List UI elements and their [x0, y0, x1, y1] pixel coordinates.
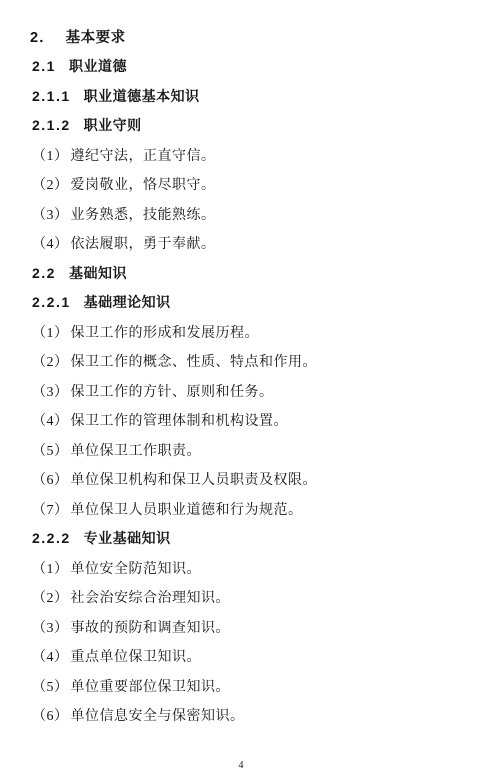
document-body: 2． 基本要求 2.1 职业道德 2.1.1 职业道德基本知识 2.1.2 职业… [30, 22, 482, 730]
line-number: （5） [32, 440, 69, 460]
list-item: （5） 单位保卫工作职责。 [30, 435, 482, 465]
list-item: （4） 保卫工作的管理体制和机构设置。 [30, 406, 482, 436]
line-text: 基础理论知识 [84, 292, 171, 312]
section-heading: 2.1 职业道德 [30, 52, 482, 82]
list-item: （2） 爱岗敬业，恪尽职守。 [30, 170, 482, 200]
line-text: 单位保卫人员职业道德和行为规范。 [71, 499, 303, 519]
line-number: （3） [32, 204, 69, 224]
line-number: 2.2.1 [32, 294, 71, 310]
line-number: （4） [32, 233, 69, 253]
line-text: 单位保卫工作职责。 [71, 440, 202, 460]
line-text: 遵纪守法，正直守信。 [71, 145, 216, 165]
line-number: （2） [32, 587, 69, 607]
line-number: 2.1.2 [32, 117, 71, 133]
line-number: （1） [32, 145, 69, 165]
line-text: 基本要求 [66, 26, 126, 47]
list-item: （1） 保卫工作的形成和发展历程。 [30, 317, 482, 347]
line-number: 2.1.1 [32, 88, 71, 104]
line-text: 重点单位保卫知识。 [71, 646, 202, 666]
line-text: 专业基础知识 [84, 528, 171, 548]
line-text: 保卫工作的管理体制和机构设置。 [71, 410, 289, 430]
line-number: （4） [32, 410, 69, 430]
line-number: （3） [32, 617, 69, 637]
line-text: 社会治安综合治理知识。 [71, 587, 231, 607]
document-page: 2． 基本要求 2.1 职业道德 2.1.1 职业道德基本知识 2.1.2 职业… [0, 0, 492, 782]
section-heading: 2． 基本要求 [30, 22, 482, 52]
line-text: 业务熟悉，技能熟练。 [71, 204, 216, 224]
line-text: 单位保卫机构和保卫人员职责及权限。 [71, 469, 318, 489]
line-number: （1） [32, 322, 69, 342]
line-number: 2.2.2 [32, 530, 71, 546]
line-text: 单位安全防范知识。 [71, 558, 202, 578]
line-number: （3） [32, 381, 69, 401]
section-heading: 2.1.1 职业道德基本知识 [30, 81, 482, 111]
line-text: 职业道德 [69, 56, 127, 76]
section-heading: 2.1.2 职业守则 [30, 111, 482, 141]
list-item: （2） 社会治安综合治理知识。 [30, 583, 482, 613]
section-heading: 2.2.2 专业基础知识 [30, 524, 482, 554]
line-text: 职业守则 [84, 115, 142, 135]
line-number: （2） [32, 174, 69, 194]
line-text: 保卫工作的方针、原则和任务。 [71, 381, 274, 401]
list-item: （6） 单位信息安全与保密知识。 [30, 701, 482, 731]
line-number: （2） [32, 351, 69, 371]
line-number: （4） [32, 646, 69, 666]
list-item: （4） 依法履职，勇于奉献。 [30, 229, 482, 259]
line-text: 爱岗敬业，恪尽职守。 [71, 174, 216, 194]
list-item: （4） 重点单位保卫知识。 [30, 642, 482, 672]
line-text: 单位重要部位保卫知识。 [71, 676, 231, 696]
list-item: （1） 单位安全防范知识。 [30, 553, 482, 583]
line-number: （6） [32, 469, 69, 489]
line-text: 事故的预防和调查知识。 [71, 617, 231, 637]
line-text: 保卫工作的概念、性质、特点和作用。 [71, 351, 318, 371]
list-item: （7） 单位保卫人员职业道德和行为规范。 [30, 494, 482, 524]
section-heading: 2.2 基础知识 [30, 258, 482, 288]
page-number: 4 [0, 760, 482, 771]
line-number: （1） [32, 558, 69, 578]
list-item: （3） 保卫工作的方针、原则和任务。 [30, 376, 482, 406]
list-item: （2） 保卫工作的概念、性质、特点和作用。 [30, 347, 482, 377]
line-number: （7） [32, 499, 69, 519]
list-item: （3） 业务熟悉，技能熟练。 [30, 199, 482, 229]
line-text: 基础知识 [69, 263, 127, 283]
list-item: （1） 遵纪守法，正直守信。 [30, 140, 482, 170]
section-heading: 2.2.1 基础理论知识 [30, 288, 482, 318]
list-item: （5） 单位重要部位保卫知识。 [30, 671, 482, 701]
line-text: 依法履职，勇于奉献。 [71, 233, 216, 253]
list-item: （3） 事故的预防和调查知识。 [30, 612, 482, 642]
line-text: 职业道德基本知识 [84, 86, 200, 106]
line-number: 2． [30, 26, 55, 47]
list-item: （6） 单位保卫机构和保卫人员职责及权限。 [30, 465, 482, 495]
line-text: 保卫工作的形成和发展历程。 [71, 322, 260, 342]
line-number: 2.2 [32, 265, 56, 281]
line-number: （5） [32, 676, 69, 696]
line-text: 单位信息安全与保密知识。 [71, 705, 245, 725]
line-number: 2.1 [32, 58, 56, 74]
line-number: （6） [32, 705, 69, 725]
